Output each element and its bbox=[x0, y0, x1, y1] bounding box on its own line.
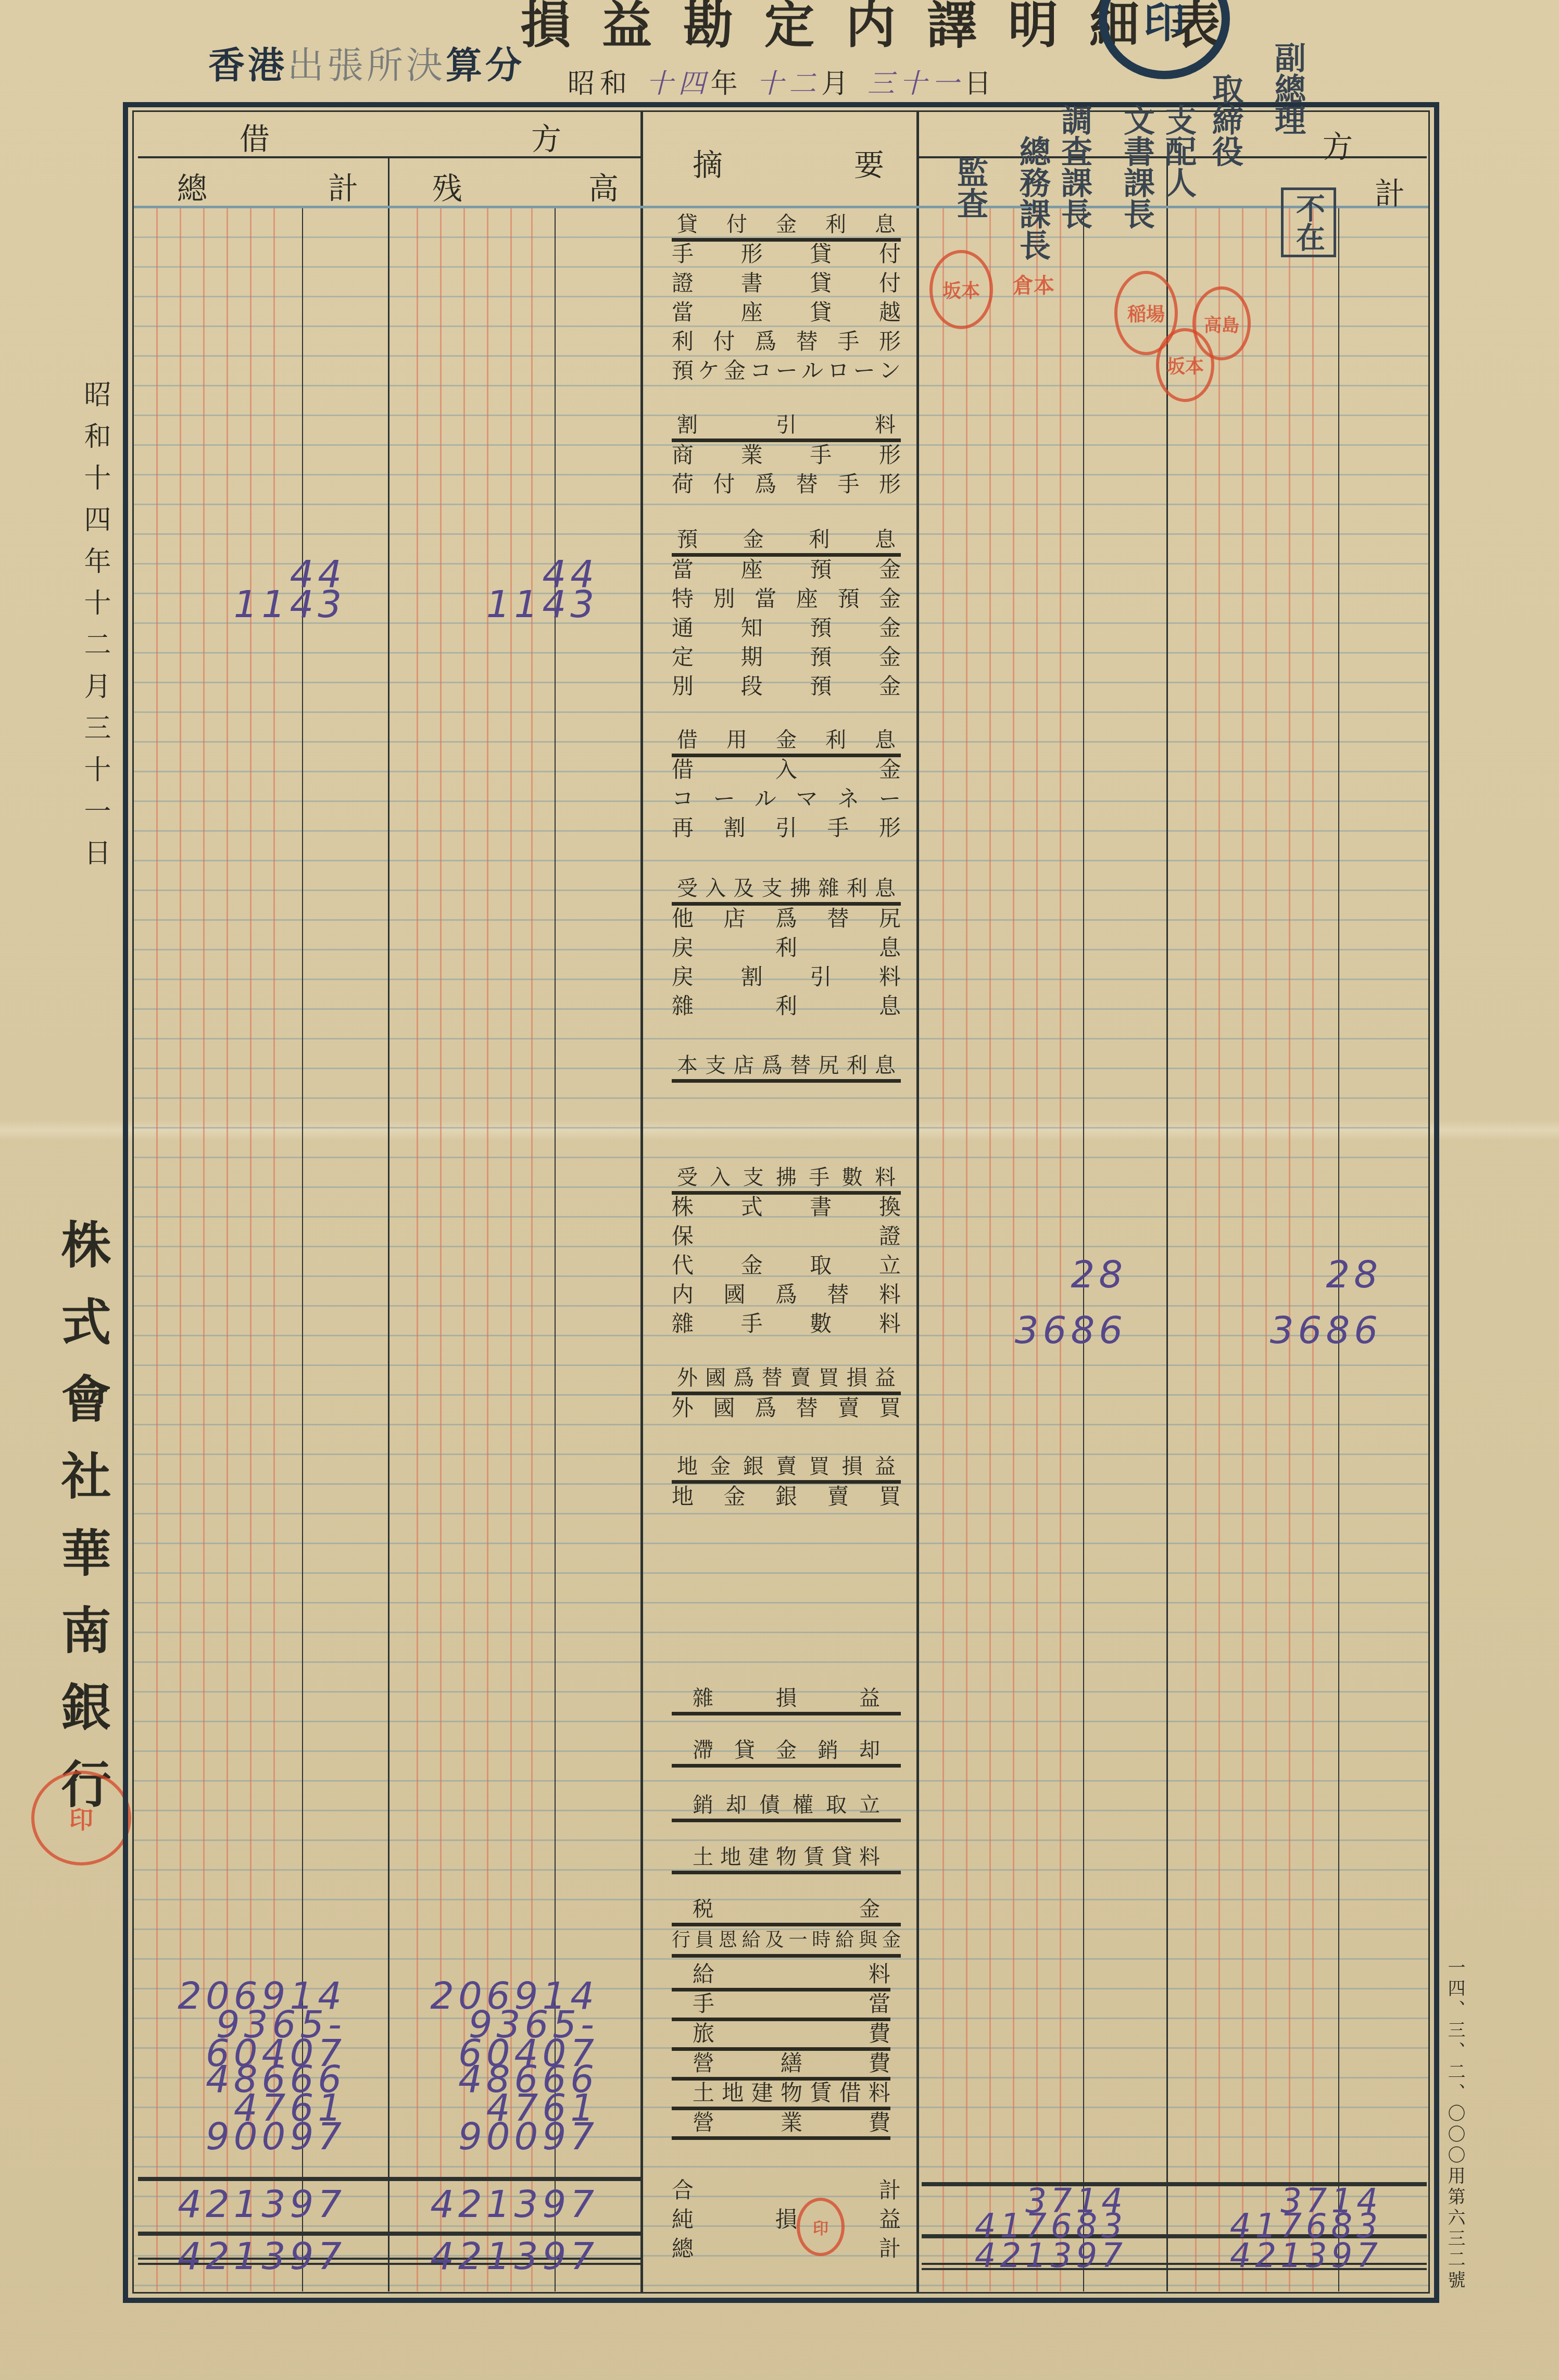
line-item: 外國爲替賣買 bbox=[672, 1395, 901, 1422]
line-item: 證書貸付 bbox=[672, 270, 901, 297]
col-divider bbox=[916, 110, 919, 2293]
approval-stamp: 坂本 bbox=[1156, 328, 1214, 402]
line-item: 利付爲替手形 bbox=[672, 328, 901, 355]
line-item: 定期預金 bbox=[672, 644, 901, 671]
debit-label: 方 bbox=[531, 115, 561, 158]
line-item: 戻割引料 bbox=[672, 963, 901, 991]
approval-manager: 支配人 bbox=[1156, 104, 1201, 198]
section-heading: 割引料 bbox=[672, 411, 901, 442]
section-heading: 税金 bbox=[672, 1896, 901, 1926]
section-heading: 預金利息 bbox=[672, 526, 901, 557]
line-item: 雜手數料 bbox=[672, 1310, 901, 1337]
section-heading: 貸付金利息 bbox=[672, 211, 901, 242]
col-divider bbox=[1166, 156, 1168, 2291]
expense-item: 營繕費 bbox=[672, 2050, 890, 2081]
debit-grand-total: 421397 bbox=[178, 2234, 346, 2278]
line-item: 戻利息 bbox=[672, 934, 901, 961]
debit-balance-header: 残 bbox=[432, 164, 462, 208]
section-heading: 受入支拂手數料 bbox=[672, 1164, 901, 1195]
line-item: 地金銀賣買 bbox=[672, 1483, 901, 1510]
absent-mark: 不在 bbox=[1281, 187, 1336, 257]
section-heading: 銷却債權取立 bbox=[672, 1792, 901, 1822]
debit-subtotal: 421397 bbox=[178, 2182, 346, 2226]
debit-balance-amount: 1143 bbox=[486, 582, 598, 626]
expense-item: 營業費 bbox=[672, 2109, 890, 2140]
summary-subtotal-label: 合計 bbox=[672, 2177, 901, 2204]
yen-sen-divider bbox=[1083, 208, 1084, 2291]
section-heading: 行員恩給及一時給與金 bbox=[672, 1927, 901, 1958]
expense-item: 土地建物賃借料 bbox=[672, 2080, 890, 2110]
credit-label: 方 bbox=[1323, 122, 1353, 166]
approval-general-affairs-chief: 總務課長 bbox=[1010, 135, 1055, 260]
company-name: 株式會社華南銀行 bbox=[47, 1219, 118, 1835]
line-item: 手形貸付 bbox=[672, 241, 901, 268]
debit-balance-header: 高 bbox=[588, 164, 619, 208]
expense-item: 旅費 bbox=[672, 2020, 890, 2051]
approval-research-chief: 調査課長 bbox=[1052, 104, 1097, 229]
line-item: 預ケ金コールローン bbox=[672, 357, 901, 384]
debit-total-header: 總 bbox=[177, 164, 207, 208]
section-heading: 土地建物賃貸料 bbox=[672, 1844, 901, 1874]
section-heading: 滯貸金銷却 bbox=[672, 1737, 901, 1768]
section-heading: 受入及支拂雜利息 bbox=[672, 875, 901, 906]
description-column: 貸付金利息 手形貸付 證書貸付 當座貸越 利付爲替手形 預ケ金コールローン 割引… bbox=[672, 0, 901, 2380]
line-item: 當座預金 bbox=[672, 556, 901, 583]
debit-total-amount: 1143 bbox=[234, 582, 346, 626]
line-item: 保證 bbox=[672, 1223, 901, 1250]
debit-subtotal-balance: 421397 bbox=[430, 2182, 598, 2226]
line-item: 内國爲替料 bbox=[672, 1281, 901, 1308]
line-item: 別段預金 bbox=[672, 673, 901, 700]
section-heading: 借用金利息 bbox=[672, 726, 901, 757]
debit-total-amount: 90097 bbox=[206, 2114, 346, 2158]
credit-total-amount: 3686 bbox=[1015, 1308, 1127, 1352]
credit-grand-total: 421397 bbox=[975, 2237, 1127, 2275]
approval-director: 取締役 bbox=[1203, 73, 1248, 167]
col-divider bbox=[388, 156, 389, 2291]
side-date: 昭和十四年十二月三十一日 bbox=[76, 380, 115, 880]
line-item: 代金取立 bbox=[672, 1252, 901, 1279]
summary-grand-label: 總計 bbox=[672, 2235, 901, 2262]
approval-vice-president: 副總理 bbox=[1265, 42, 1310, 135]
summary-seal-stamp: 印 bbox=[797, 2198, 845, 2256]
line-item: コールマネー bbox=[672, 785, 901, 812]
credit-balance-amount: 3686 bbox=[1270, 1308, 1382, 1352]
debit-label: 借 bbox=[240, 115, 270, 158]
debit-balance-amount: 90097 bbox=[458, 2114, 598, 2158]
line-item: 借入金 bbox=[672, 756, 901, 783]
approval-stamp: 坂本 bbox=[929, 250, 993, 329]
col-divider bbox=[640, 110, 643, 2293]
credit-balance-amount: 28 bbox=[1326, 1252, 1382, 1296]
approval-audit: 監査 bbox=[948, 156, 992, 219]
section-heading: 本支店爲替尻利息 bbox=[672, 1052, 901, 1083]
section-heading: 雜損益 bbox=[672, 1685, 901, 1715]
debit-total-header: 計 bbox=[328, 164, 358, 208]
yen-sen-divider bbox=[1338, 208, 1339, 2291]
line-item: 特別當座預金 bbox=[672, 585, 901, 612]
line-item: 通知預金 bbox=[672, 615, 901, 642]
line-item: 株式書換 bbox=[672, 1194, 901, 1221]
line-item: 雜利息 bbox=[672, 993, 901, 1020]
credit-total-amount: 28 bbox=[1071, 1252, 1127, 1296]
company-seal-stamp: 印 bbox=[31, 1771, 131, 1865]
approval-stamp: 倉本 bbox=[1010, 245, 1057, 323]
section-heading: 地金銀賣買損益 bbox=[672, 1453, 901, 1484]
expense-item: 手當 bbox=[672, 1990, 890, 2021]
line-item: 當座貸越 bbox=[672, 299, 901, 326]
branch-label: 香港出張所決算分 bbox=[208, 36, 525, 89]
credit-total-header: 計 bbox=[1375, 169, 1405, 213]
form-code: 一四、三、二、〇〇〇用第六三二號 bbox=[1442, 1958, 1468, 2291]
credit-grand-total-balance: 421397 bbox=[1230, 2237, 1382, 2275]
expense-item: 給料 bbox=[672, 1961, 890, 1991]
line-item: 荷付爲替手形 bbox=[672, 471, 901, 498]
summary-net-label: 純損益 bbox=[672, 2206, 901, 2233]
line-item: 商業手形 bbox=[672, 442, 901, 469]
section-heading: 外國爲替賣買損益 bbox=[672, 1364, 901, 1395]
line-item: 他店爲替尻 bbox=[672, 905, 901, 932]
approval-docs-chief: 文書課長 bbox=[1114, 104, 1159, 229]
debit-grand-total-balance: 421397 bbox=[430, 2234, 598, 2278]
line-item: 再割引手形 bbox=[672, 815, 901, 842]
